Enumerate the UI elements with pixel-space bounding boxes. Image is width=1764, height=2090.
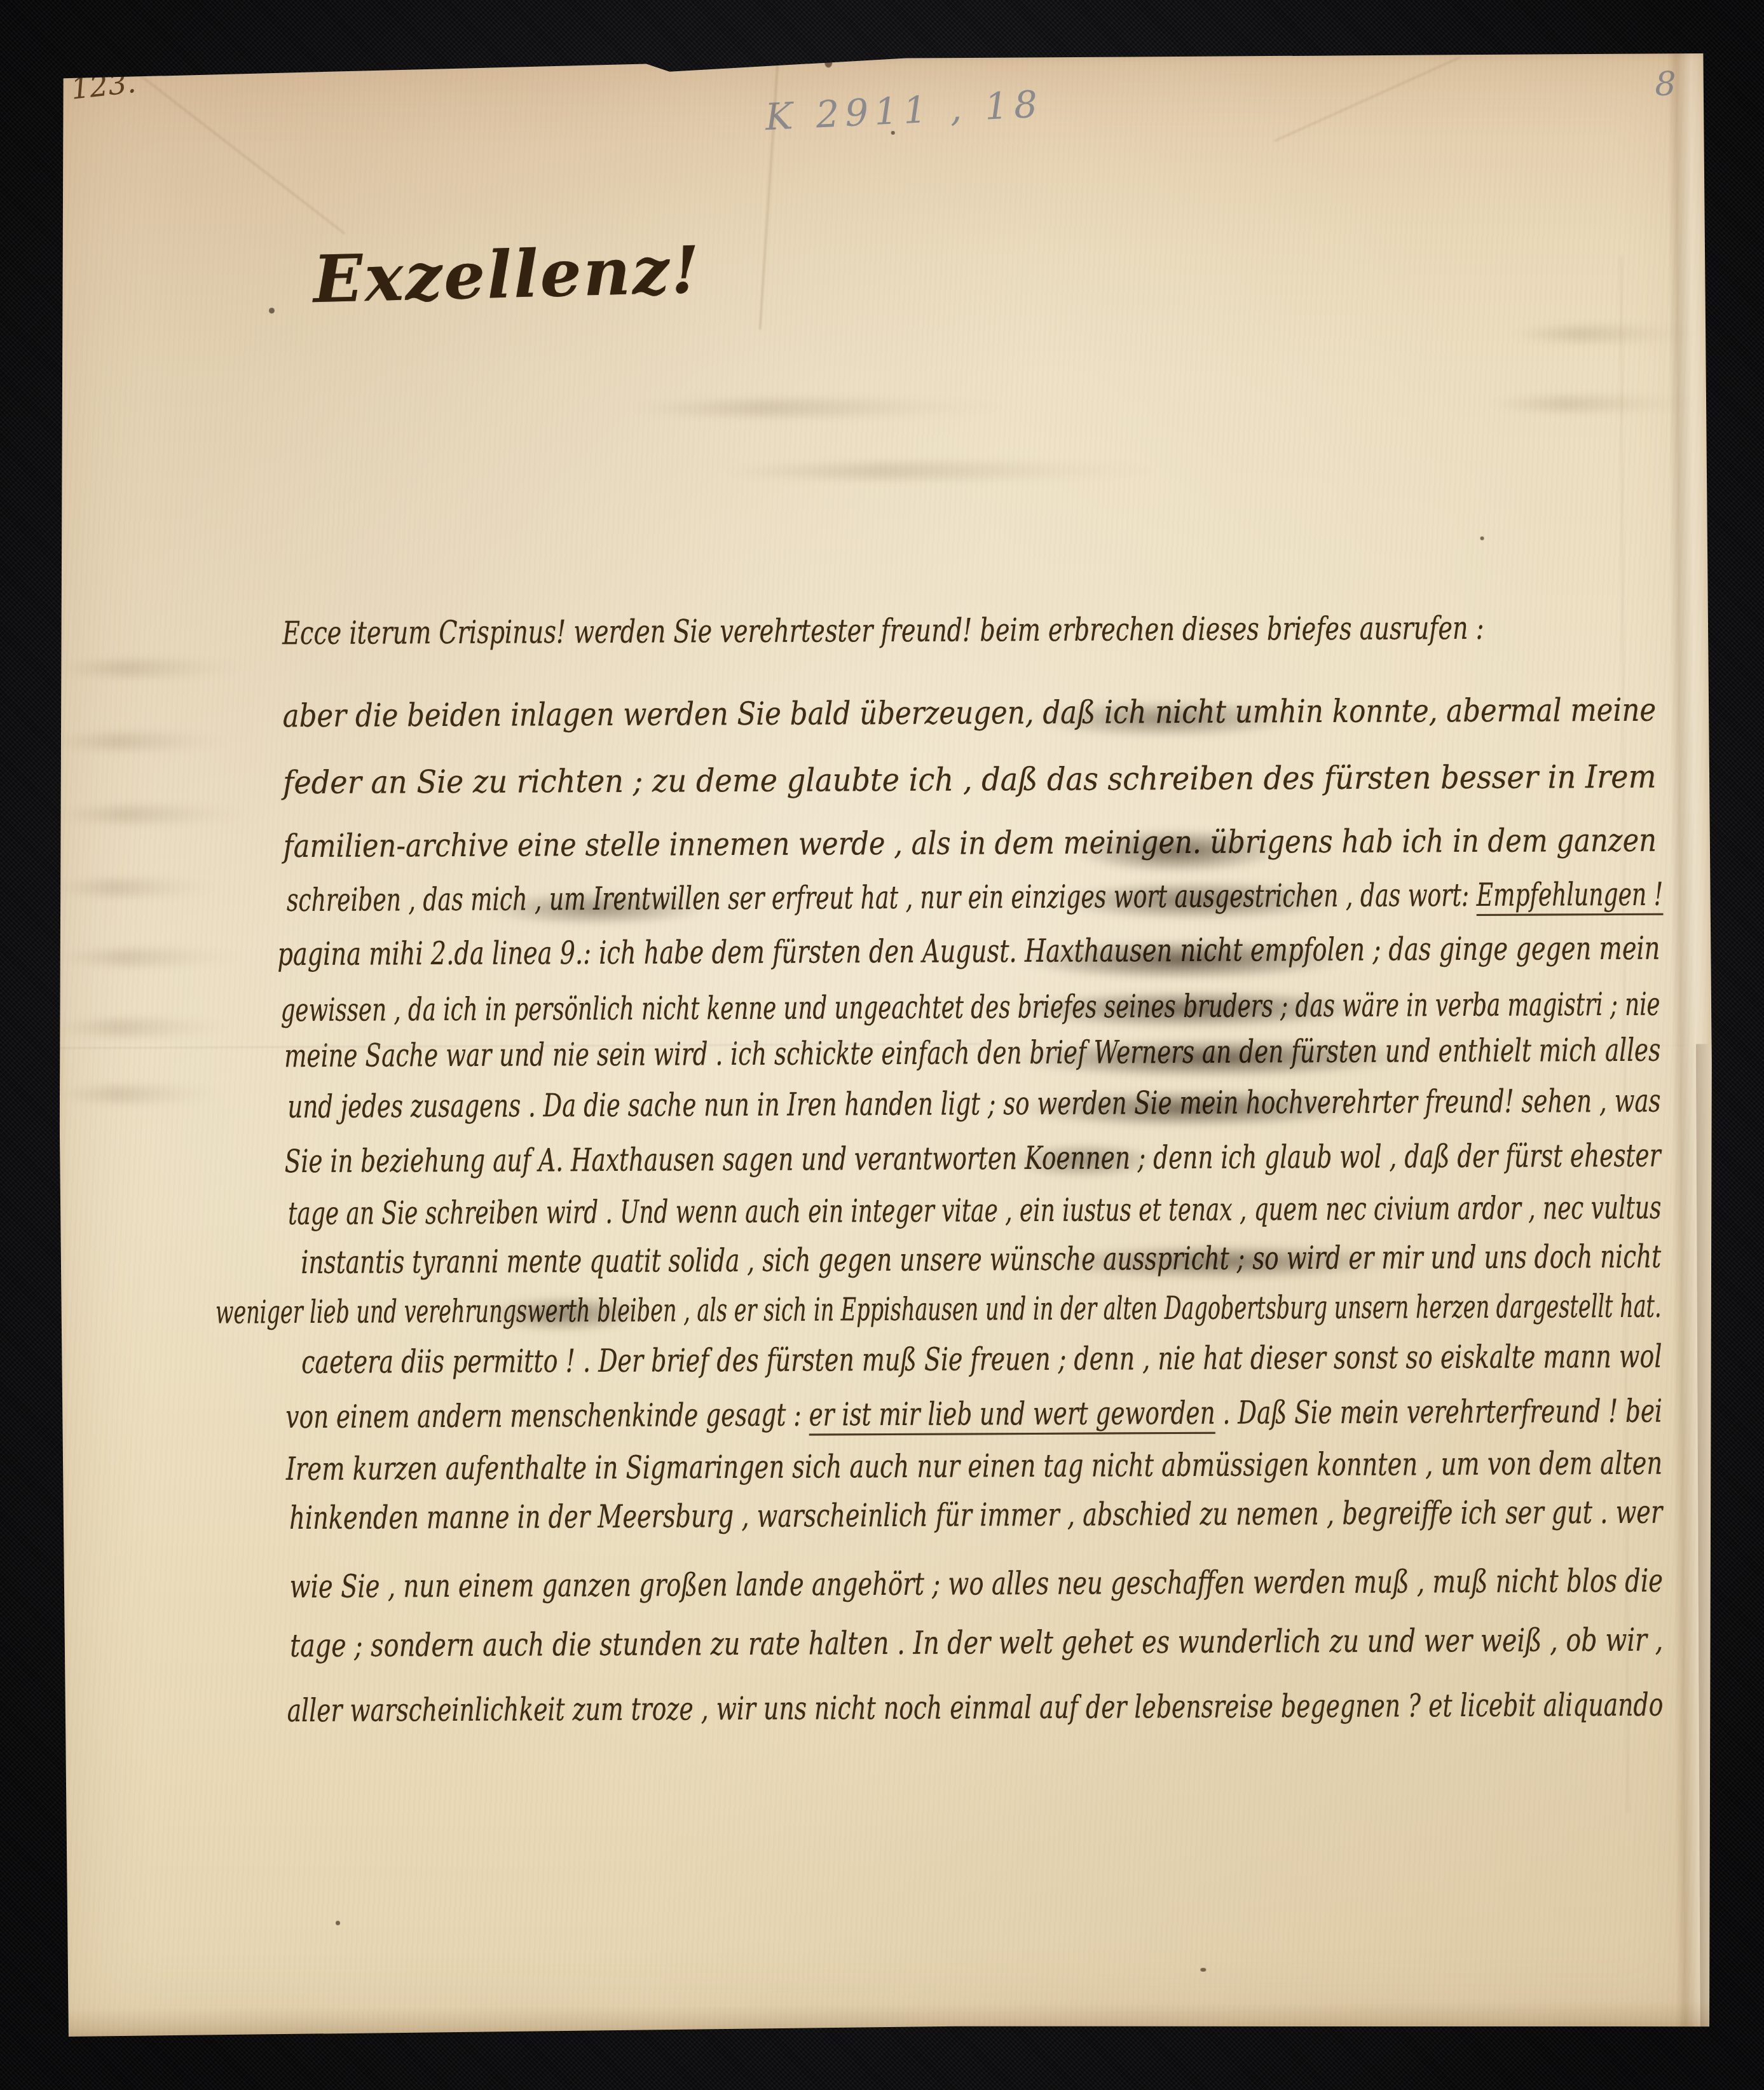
letter-line-text: von einem andern menschenkinde gesagt : … <box>285 1393 1662 1435</box>
letter-line-text: instantis tyranni mente quatit solida , … <box>301 1238 1661 1281</box>
letter-line-text: weniger lieb und verehrungswerth bleiben… <box>215 1288 1662 1331</box>
letter-line: gewissen , da ich in persönlich nicht ke… <box>281 986 1660 1037</box>
line-segment: familien-archive eine stelle innemen wer… <box>283 822 1657 864</box>
letter-line: meine Sache war und nie sein wird . ich … <box>284 1032 1660 1083</box>
line-segment: caetera diis permitto ! . Der brief des … <box>301 1338 1662 1381</box>
line-segment: aber die beiden inlagen werden Sie bald … <box>283 692 1657 734</box>
letter-line-text: hinkenden manne in der Meersburg , warsc… <box>289 1494 1662 1536</box>
line-segment: hinkenden manne in der Meersburg , warsc… <box>289 1494 1662 1536</box>
line-segment: wie Sie , nun einem ganzen großen lande … <box>290 1562 1664 1605</box>
letter-line: weniger lieb und verehrungswerth bleiben… <box>215 1288 1662 1340</box>
letter-line-text: pagina mihi 2.da linea 9.: ich habe dem … <box>277 930 1660 973</box>
letter-line: hinkenden manne in der Meersburg , warsc… <box>289 1494 1662 1545</box>
letter-line: von einem andern menschenkinde gesagt : … <box>285 1393 1662 1444</box>
letter-line: instantis tyranni mente quatit solida , … <box>301 1238 1661 1290</box>
letter-line: tage ; sondern auch die stunden zu rate … <box>290 1622 1663 1673</box>
letter-line-text: schreiben , das mich , um Irentwillen se… <box>287 876 1664 919</box>
line-segment: tage ; sondern auch die stunden zu rate … <box>290 1622 1663 1664</box>
line-segment: feder an Sie zu richten ; zu deme glaubt… <box>283 758 1657 801</box>
line-segment: schreiben , das mich , um Irentwillen se… <box>287 877 1477 919</box>
letter-line: feder an Sie zu richten ; zu deme glaubt… <box>283 758 1656 810</box>
letter-line: Irem kurzen aufenthalte in Sigmaringen s… <box>286 1445 1662 1496</box>
paper-sheet: 123. K 2911 , 18 8 Exzellenz! Ecce iteru… <box>54 52 1717 2037</box>
line-segment: aller warscheinlichkeit zum troze , wir … <box>287 1686 1663 1729</box>
letter-line-text: Sie in beziehung auf A. Haxthausen sagen… <box>285 1137 1661 1180</box>
photograph-background: 123. K 2911 , 18 8 Exzellenz! Ecce iteru… <box>0 0 1764 2090</box>
line-segment: instantis tyranni mente quatit solida , … <box>301 1238 1661 1281</box>
line-segment: Irem kurzen aufenthalte in Sigmaringen s… <box>286 1445 1663 1487</box>
letter-line-text: familien-archive eine stelle innemen wer… <box>283 822 1657 864</box>
letter-line-text: tage an Sie schreiben wird . Und wenn au… <box>288 1189 1662 1232</box>
letter-line-text: Ecce iterum Crispinus! werden Sie verehr… <box>282 610 1484 652</box>
letter-line-text: wie Sie , nun einem ganzen großen lande … <box>290 1562 1664 1605</box>
underlined-phrase: er ist mir lieb und wert geworden <box>809 1395 1215 1433</box>
letter-line-text: aller warscheinlichkeit zum troze , wir … <box>287 1686 1663 1729</box>
letter-line-text: aber die beiden inlagen werden Sie bald … <box>283 692 1657 734</box>
line-segment: pagina mihi 2.da linea 9.: ich habe dem … <box>277 930 1660 973</box>
letter-line: aller warscheinlichkeit zum troze , wir … <box>287 1686 1663 1738</box>
letter-line-text: feder an Sie zu richten ; zu deme glaubt… <box>283 758 1657 801</box>
letter-line: Sie in beziehung auf A. Haxthausen sagen… <box>285 1137 1661 1189</box>
letter-line: caetera diis permitto ! . Der brief des … <box>301 1338 1662 1390</box>
letter-line-text: Irem kurzen aufenthalte in Sigmaringen s… <box>286 1445 1663 1487</box>
letter-line: schreiben , das mich , um Irentwillen se… <box>287 876 1663 927</box>
line-segment: Ecce iterum Crispinus! werden Sie verehr… <box>282 610 1484 652</box>
line-segment: tage an Sie schreiben wird . Und wenn au… <box>288 1189 1662 1232</box>
letter-line: tage an Sie schreiben wird . Und wenn au… <box>288 1189 1661 1241</box>
letter-line: Ecce iterum Crispinus! werden Sie verehr… <box>282 610 1484 660</box>
letter-line: und jedes zusagens . Da die sache nun in… <box>287 1083 1660 1134</box>
line-segment: gewissen , da ich in persönlich nicht ke… <box>281 986 1660 1028</box>
letter-line: aber die beiden inlagen werden Sie bald … <box>283 692 1656 743</box>
line-segment: von einem andern menschenkinde gesagt : <box>285 1397 809 1436</box>
letter-line: pagina mihi 2.da linea 9.: ich habe dem … <box>277 930 1660 981</box>
letter-line-text: meine Sache war und nie sein wird . ich … <box>284 1032 1660 1074</box>
letter-line: familien-archive eine stelle innemen wer… <box>283 822 1656 873</box>
line-segment: und jedes zusagens . Da die sache nun in… <box>287 1083 1660 1125</box>
line-segment: meine Sache war und nie sein wird . ich … <box>284 1032 1660 1074</box>
letter-body: Ecce iterum Crispinus! werden Sie verehr… <box>54 52 1717 2037</box>
line-segment: . Daß Sie mein verehrterfreund ! bei <box>1215 1393 1662 1431</box>
letter-line-text: caetera diis permitto ! . Der brief des … <box>301 1338 1662 1381</box>
underlined-phrase: Empfehlungen ! <box>1477 876 1664 913</box>
line-segment: weniger lieb und verehrungswerth bleiben… <box>215 1288 1662 1331</box>
letter-line-text: gewissen , da ich in persönlich nicht ke… <box>281 986 1660 1028</box>
paper-speck <box>678 57 688 69</box>
letter-line: wie Sie , nun einem ganzen großen lande … <box>290 1562 1663 1614</box>
letter-line-text: und jedes zusagens . Da die sache nun in… <box>287 1083 1660 1125</box>
line-segment: Sie in beziehung auf A. Haxthausen sagen… <box>285 1137 1661 1180</box>
letter-line-text: tage ; sondern auch die stunden zu rate … <box>290 1622 1663 1664</box>
